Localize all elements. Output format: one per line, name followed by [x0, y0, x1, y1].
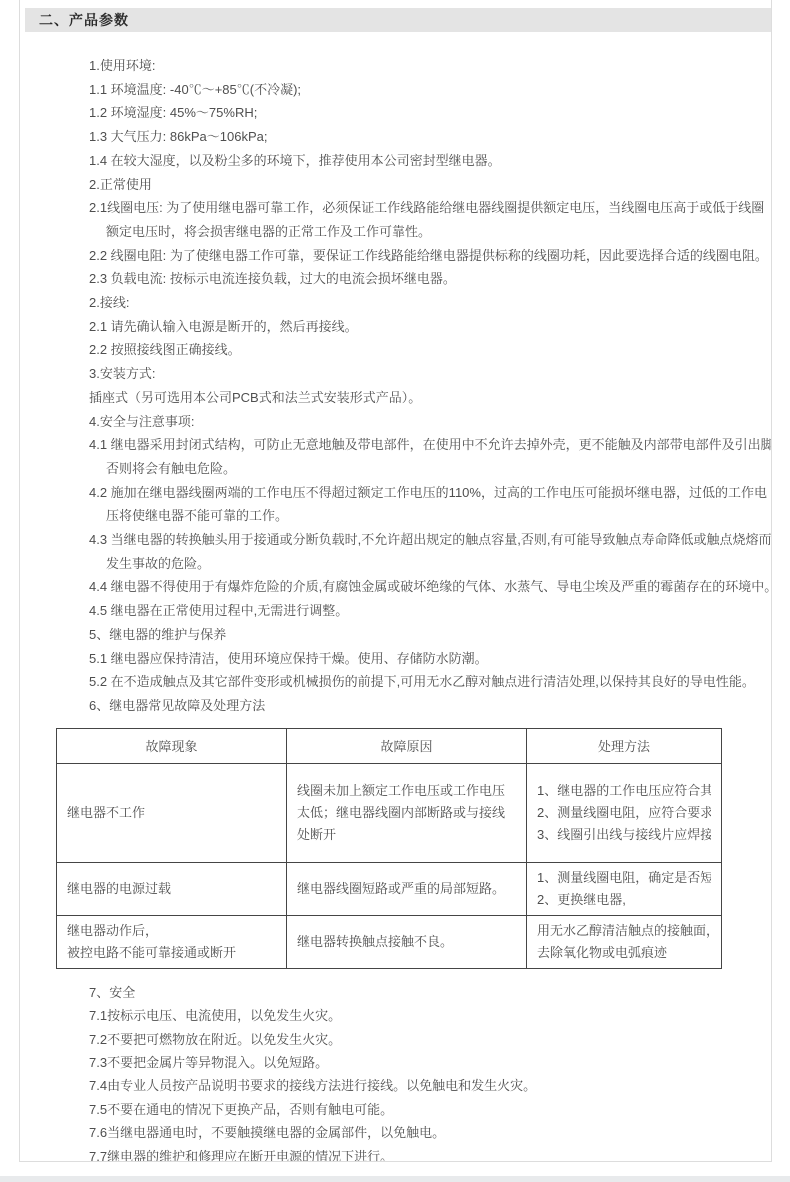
table-cell-line: 继电器不工作	[67, 802, 276, 824]
paragraph-line: 6、继电器常见故障及处理方法	[89, 694, 743, 718]
paragraph-line: 1.使用环境:	[89, 54, 743, 78]
table-header-solution: 处理方法	[527, 728, 722, 763]
paragraph-line: 2.1线圈电压: 为了使用继电器可靠工作，必须保证工作线路能给继电器线圈提供额定…	[89, 196, 743, 220]
table-cell-line: 2、测量线圈电阻，应符合要求;	[537, 802, 711, 824]
paragraph-line: 4.3 当继电器的转换触头用于接通或分断负载时,不允许超出规定的触点容量,否则,…	[89, 528, 743, 552]
paragraph-line: 5、继电器的维护与保养	[89, 623, 743, 647]
table-row: 继电器不工作线圈未加上额定工作电压或工作电压太低；继电器线圈内部断路或与接线处断…	[57, 763, 722, 862]
paragraph-line: 7.2不要把可燃物放在附近。以免发生火灾。	[89, 1028, 743, 1051]
table-cell-line: 继电器的电源过载	[67, 878, 276, 900]
fault-table-header-row: 故障现象 故障原因 处理方法	[57, 728, 722, 763]
paragraph-line: 2.2 按照接线图正确接线。	[89, 338, 743, 362]
table-cell: 用无水乙醇清洁触点的接触面，去除氧化物或电弧痕迹	[527, 915, 722, 968]
table-cell-line: 继电器线圈短路或严重的局部短路。	[297, 878, 516, 900]
table-cell-line: 2、更换继电器,	[537, 889, 711, 911]
paragraph-line: 发生事故的危险。	[89, 552, 743, 576]
content-panel: 二、产品参数 1.使用环境:1.1 环境温度: -40℃～+85℃(不冷凝);1…	[19, 0, 772, 1162]
paragraph-line: 7.1按标示电压、电流使用，以免发生火灾。	[89, 1004, 743, 1027]
footer-strip	[0, 1176, 790, 1182]
table-cell: 继电器动作后，被控电路不能可靠接通或断开	[57, 915, 287, 968]
table-cell: 线圈未加上额定工作电压或工作电压太低；继电器线圈内部断路或与接线处断开	[287, 763, 527, 862]
table-row: 继电器的电源过载继电器线圈短路或严重的局部短路。1、测量线圈电阻，确定是否短路2…	[57, 862, 722, 915]
paragraph-line: 额定电压时，将会损害继电器的正常工作及工作可靠性。	[89, 220, 743, 244]
paragraph-line: 1.3 大气压力: 86kPa～106kPa;	[89, 125, 743, 149]
table-cell-line: 3、线圈引出线与接线片应焊接牢固。	[537, 824, 711, 846]
fault-table-body: 继电器不工作线圈未加上额定工作电压或工作电压太低；继电器线圈内部断路或与接线处断…	[57, 763, 722, 968]
section-title: 二、产品参数	[39, 12, 129, 28]
paragraph-line: 4.4 继电器不得使用于有爆炸危险的介质,有腐蚀金属或破坏绝缘的气体、水蒸气、导…	[89, 575, 743, 599]
paragraph-line: 否则将会有触电危险。	[89, 457, 743, 481]
table-cell-line: 用无水乙醇清洁触点的接触面，	[537, 920, 711, 942]
parameters-text-block: 1.使用环境:1.1 环境温度: -40℃～+85℃(不冷凝);1.2 环境湿度…	[89, 54, 743, 718]
paragraph-line: 1.4 在较大湿度，以及粉尘多的环境下，推荐使用本公司密封型继电器。	[89, 149, 743, 173]
paragraph-line: 4.1 继电器采用封闭式结构，可防止无意地触及带电部件，在使用中不允许去掉外壳，…	[89, 433, 743, 457]
table-cell: 继电器转换触点接触不良。	[287, 915, 527, 968]
paragraph-line: 3.安装方式:	[89, 362, 743, 386]
table-cell: 继电器线圈短路或严重的局部短路。	[287, 862, 527, 915]
paragraph-line: 7.7继电器的维护和修理应在断开电源的情况下进行。	[89, 1145, 743, 1162]
paragraph-line: 5.2 在不造成触点及其它部件变形或机械损伤的前提下,可用无水乙醇对触点进行清洁…	[89, 670, 743, 694]
table-cell: 继电器不工作	[57, 763, 287, 862]
paragraph-line: 7.5不要在通电的情况下更换产品，否则有触电可能。	[89, 1098, 743, 1121]
table-cell: 1、测量线圈电阻，确定是否短路2、更换继电器,	[527, 862, 722, 915]
table-cell-line: 去除氧化物或电弧痕迹	[537, 942, 711, 964]
paragraph-line: 7、安全	[89, 981, 743, 1004]
table-cell-line: 线圈未加上额定工作电压或工作电压	[297, 780, 516, 802]
table-cell-line: 1、继电器的工作电压应符合其额定值;	[537, 780, 711, 802]
section-header-bar: 二、产品参数	[25, 8, 771, 32]
paragraph-line: 插座式（另可选用本公司PCB式和法兰式安装形式产品）。	[89, 386, 743, 410]
paragraph-line: 7.6当继电器通电时，不要触摸继电器的金属部件，以免触电。	[89, 1121, 743, 1144]
table-cell-line: 处断开	[297, 824, 516, 846]
table-cell-line: 1、测量线圈电阻，确定是否短路	[537, 867, 711, 889]
paragraph-line: 2.1 请先确认输入电源是断开的，然后再接线。	[89, 315, 743, 339]
paragraph-line: 压将使继电器不能可靠的工作。	[89, 504, 743, 528]
paragraph-line: 2.正常使用	[89, 173, 743, 197]
table-cell-line: 继电器动作后，	[67, 920, 276, 942]
paragraph-line: 1.1 环境温度: -40℃～+85℃(不冷凝);	[89, 78, 743, 102]
safety-text-block: 7、安全7.1按标示电压、电流使用，以免发生火灾。7.2不要把可燃物放在附近。以…	[89, 981, 743, 1162]
paragraph-line: 4.2 施加在继电器线圈两端的工作电压不得超过额定工作电压的110%，过高的工作…	[89, 481, 743, 505]
paragraph-line: 7.3不要把金属片等异物混入。以免短路。	[89, 1051, 743, 1074]
table-cell-line: 被控电路不能可靠接通或断开	[67, 942, 276, 964]
paragraph-line: 2.3 负载电流: 按标示电流连接负载，过大的电流会损坏继电器。	[89, 267, 743, 291]
paragraph-line: 7.4由专业人员按产品说明书要求的接线方法进行接线。以免触电和发生火灾。	[89, 1074, 743, 1097]
paragraph-line: 4.5 继电器在正常使用过程中,无需进行调整。	[89, 599, 743, 623]
paragraph-line: 1.2 环境湿度: 45%～75%RH;	[89, 101, 743, 125]
paragraph-line: 5.1 继电器应保持清洁，使用环境应保持干燥。使用、存储防水防潮。	[89, 647, 743, 671]
fault-table: 故障现象 故障原因 处理方法 继电器不工作线圈未加上额定工作电压或工作电压太低；…	[56, 728, 722, 969]
table-header-cause: 故障原因	[287, 728, 527, 763]
table-cell-line: 太低；继电器线圈内部断路或与接线	[297, 802, 516, 824]
table-cell-line: 继电器转换触点接触不良。	[297, 931, 516, 953]
table-header-phenomenon: 故障现象	[57, 728, 287, 763]
paragraph-line: 2.接线:	[89, 291, 743, 315]
paragraph-line: 4.安全与注意事项:	[89, 410, 743, 434]
table-row: 继电器动作后，被控电路不能可靠接通或断开继电器转换触点接触不良。用无水乙醇清洁触…	[57, 915, 722, 968]
table-cell: 1、继电器的工作电压应符合其额定值;2、测量线圈电阻，应符合要求;3、线圈引出线…	[527, 763, 722, 862]
paragraph-line: 2.2 线圈电阻: 为了使继电器工作可靠，要保证工作线路能给继电器提供标称的线圈…	[89, 244, 743, 268]
table-cell: 继电器的电源过载	[57, 862, 287, 915]
